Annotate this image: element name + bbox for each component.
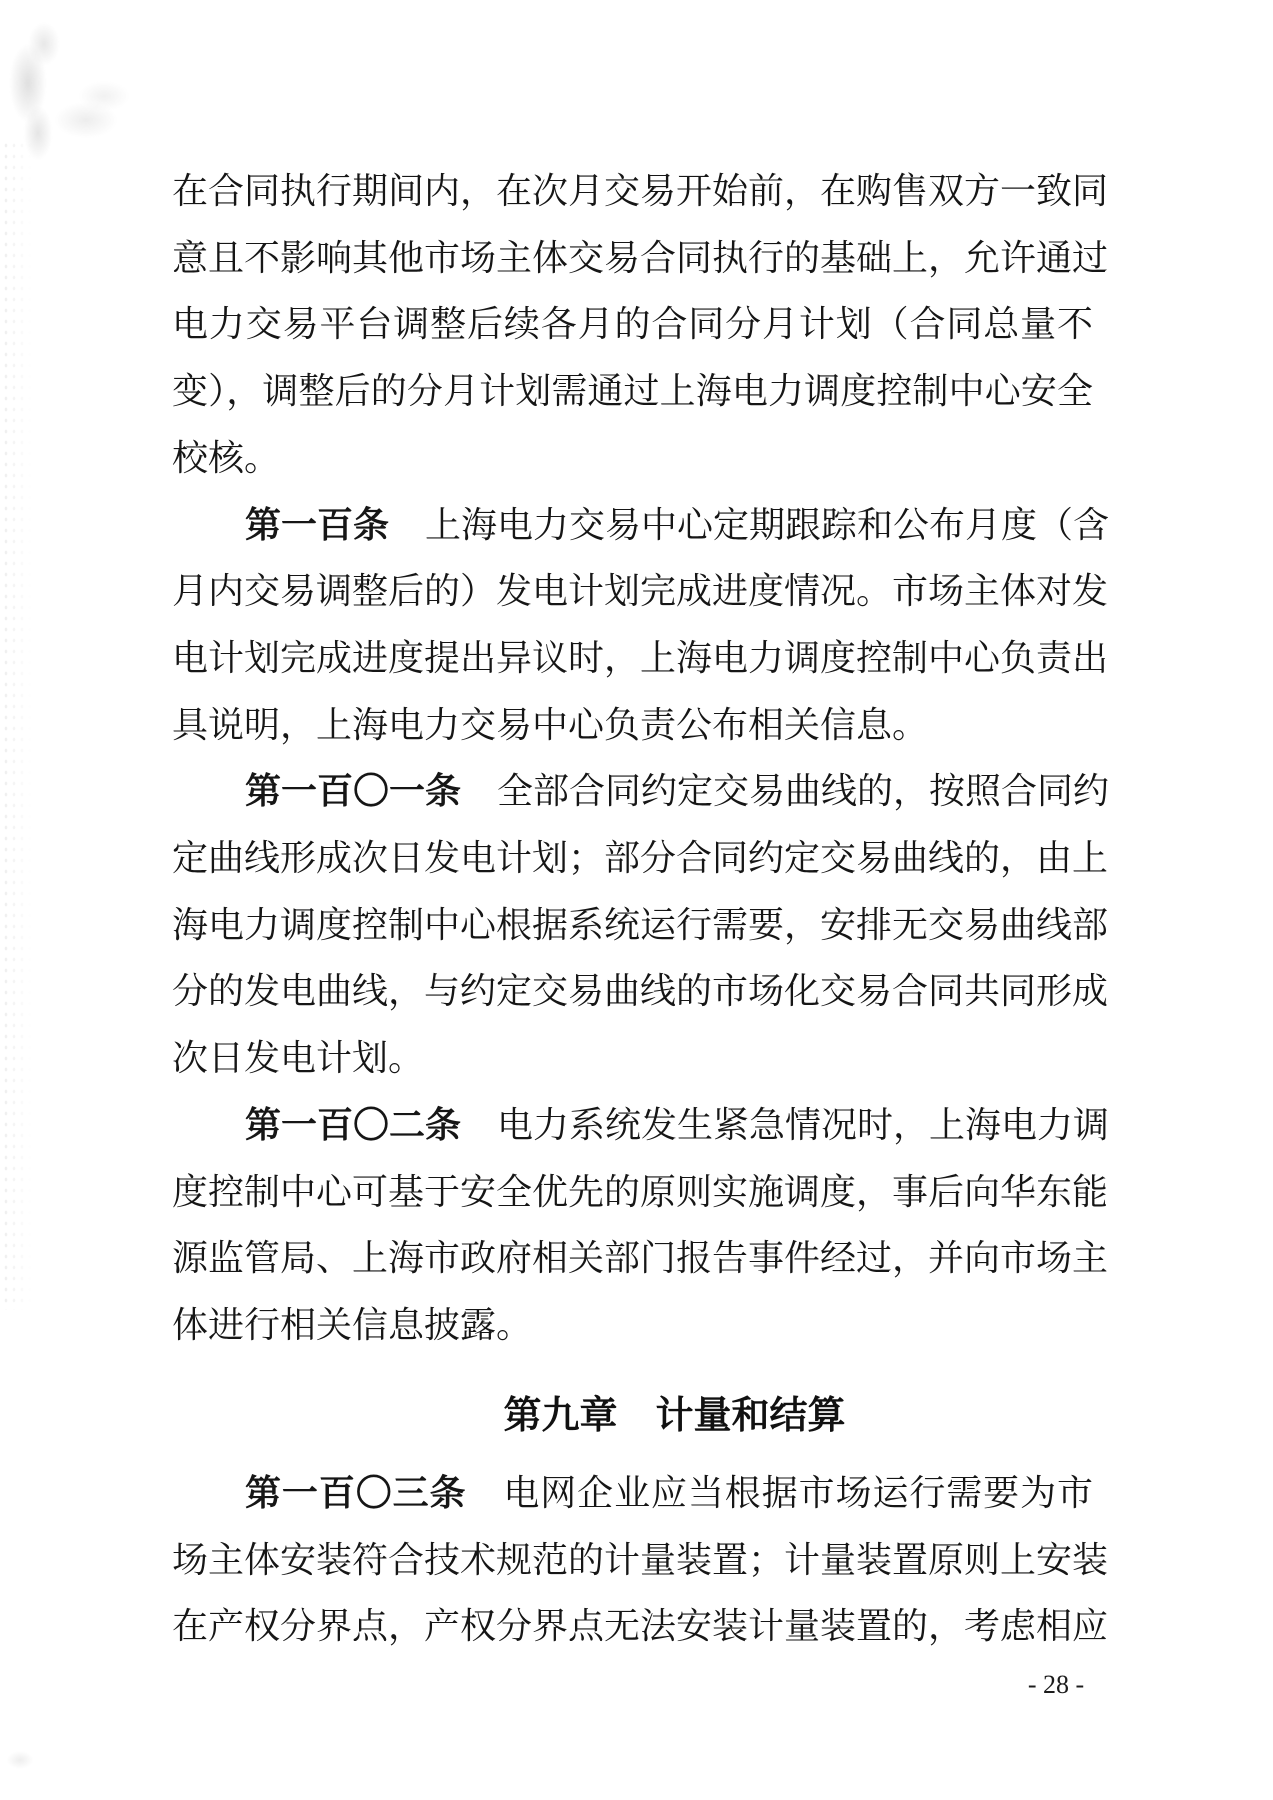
- article-number: 第一百〇二条: [245, 1105, 461, 1145]
- body-line: 源监管局、上海市政府相关部门报告事件经过，并向市场主: [172, 1235, 1093, 1281]
- article-text: 上海电力交易中心定期跟踪和公布月度（含: [389, 505, 1109, 545]
- body-line: 具说明，上海电力交易中心负责公布相关信息。: [172, 702, 1093, 748]
- article-number: 第一百条: [245, 505, 389, 545]
- body-line: 校核。: [172, 435, 1093, 481]
- article-text: 电力系统发生紧急情况时，上海电力调: [461, 1105, 1109, 1145]
- body-line: 第一百条 上海电力交易中心定期跟踪和公布月度（含: [245, 502, 1093, 548]
- body-line: 第一百〇三条 电网企业应当根据市场运行需要为市: [245, 1470, 1093, 1516]
- scan-artifact-left-edge: [2, 140, 32, 1310]
- body-line: 次日发电计划。: [172, 1035, 1093, 1081]
- body-line: 度控制中心可基于安全优先的原则实施调度，事后向华东能: [172, 1169, 1093, 1215]
- body-line: 意且不影响其他市场主体交易合同执行的基础上，允许通过: [172, 235, 1093, 281]
- article-number: 第一百〇三条: [245, 1473, 466, 1513]
- body-line: 体进行相关信息披露。: [172, 1302, 1093, 1348]
- body-line: 分的发电曲线，与约定交易曲线的市场化交易合同共同形成: [172, 968, 1093, 1014]
- body-line: 海电力调度控制中心根据系统运行需要，安排无交易曲线部: [172, 902, 1093, 948]
- article-text: 全部合同约定交易曲线的，按照合同约: [461, 771, 1109, 811]
- body-line: 定曲线形成次日发电计划；部分合同约定交易曲线的，由上: [172, 835, 1093, 881]
- body-line: 场主体安装符合技术规范的计量装置；计量装置原则上安装: [172, 1537, 1093, 1583]
- body-line: 变），调整后的分月计划需通过上海电力调度控制中心安全: [172, 368, 1093, 414]
- page-number: - 28 -: [1016, 1668, 1096, 1702]
- document-page: 在合同执行期间内，在次月交易开始前，在购售双方一致同 意且不影响其他市场主体交易…: [0, 0, 1273, 1800]
- article-text: 电网企业应当根据市场运行需要为市: [466, 1473, 1093, 1513]
- body-line: 在合同执行期间内，在次月交易开始前，在购售双方一致同: [172, 168, 1093, 214]
- body-line: 电计划完成进度提出异议时，上海电力调度控制中心负责出: [172, 635, 1093, 681]
- scan-artifact-bottom: [0, 1730, 60, 1790]
- body-line: 电力交易平台调整后续各月的合同分月计划（合同总量不: [172, 301, 1093, 347]
- body-line: 第一百〇一条 全部合同约定交易曲线的，按照合同约: [245, 768, 1093, 814]
- scan-artifact-corner: [0, 8, 160, 168]
- article-number: 第一百〇一条: [245, 771, 461, 811]
- body-line: 第一百〇二条 电力系统发生紧急情况时，上海电力调: [245, 1102, 1093, 1148]
- body-line: 月内交易调整后的）发电计划完成进度情况。市场主体对发: [172, 568, 1093, 614]
- body-line: 在产权分界点，产权分界点无法安装计量装置的，考虑相应: [172, 1603, 1093, 1649]
- chapter-heading: 第九章 计量和结算: [214, 1391, 1135, 1441]
